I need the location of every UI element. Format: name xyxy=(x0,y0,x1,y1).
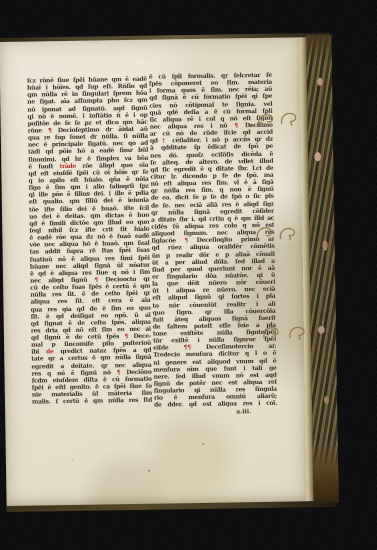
rubric-mark: ¶ xyxy=(184,237,188,244)
pen-hook-mark xyxy=(264,328,278,338)
pen-hook-mark xyxy=(280,228,294,239)
marginalia-pen-marks: m. xyxy=(244,219,300,246)
rubric-mark: ¶ xyxy=(94,276,98,283)
rubric-mark: ¶ xyxy=(48,127,52,134)
rubric-mark: trāde xyxy=(60,163,76,170)
pen-hook-mark xyxy=(281,113,295,125)
rubric-mark: de xyxy=(46,349,54,356)
marginalia-letters: m. xyxy=(245,236,253,243)
text-column-left: ſcz rōnē ſiue ſpēi hūane qm ē eadēhūaī ī… xyxy=(27,76,152,406)
paper-speck xyxy=(72,459,74,460)
rubric-mark: ¶ xyxy=(234,122,238,129)
rubric-mark: † xyxy=(162,138,168,145)
pen-hook-mark xyxy=(258,115,272,125)
book-block: ſcz rōnē ſiue ſpēi hūane qm ē eadēhūaī ī… xyxy=(0,33,337,512)
marginalia-letters: zo xyxy=(248,336,256,343)
paper-speck xyxy=(148,470,150,472)
marginalia-pen-marks: zo xyxy=(248,319,310,346)
marbled-edge-top-cap xyxy=(306,35,331,61)
marbled-edge-bottom-cap xyxy=(313,443,339,503)
pen-hook-mark xyxy=(257,228,271,238)
paper-speck xyxy=(202,443,205,445)
rubric-mark: ¶ xyxy=(117,369,121,376)
rubric-mark: ¶ xyxy=(125,333,129,340)
pen-hook-mark xyxy=(290,327,304,339)
marginalia-pen-marks: co xyxy=(244,105,300,132)
rubric-mark: ¶ xyxy=(187,344,191,351)
marginalia-letters: co xyxy=(246,122,253,129)
book-scan-photo: { "colors": { "background": "#0c0c0e", "… xyxy=(0,0,377,550)
text-line: malis. ſ certū ē qm nūlla res ſtd xyxy=(32,397,152,406)
